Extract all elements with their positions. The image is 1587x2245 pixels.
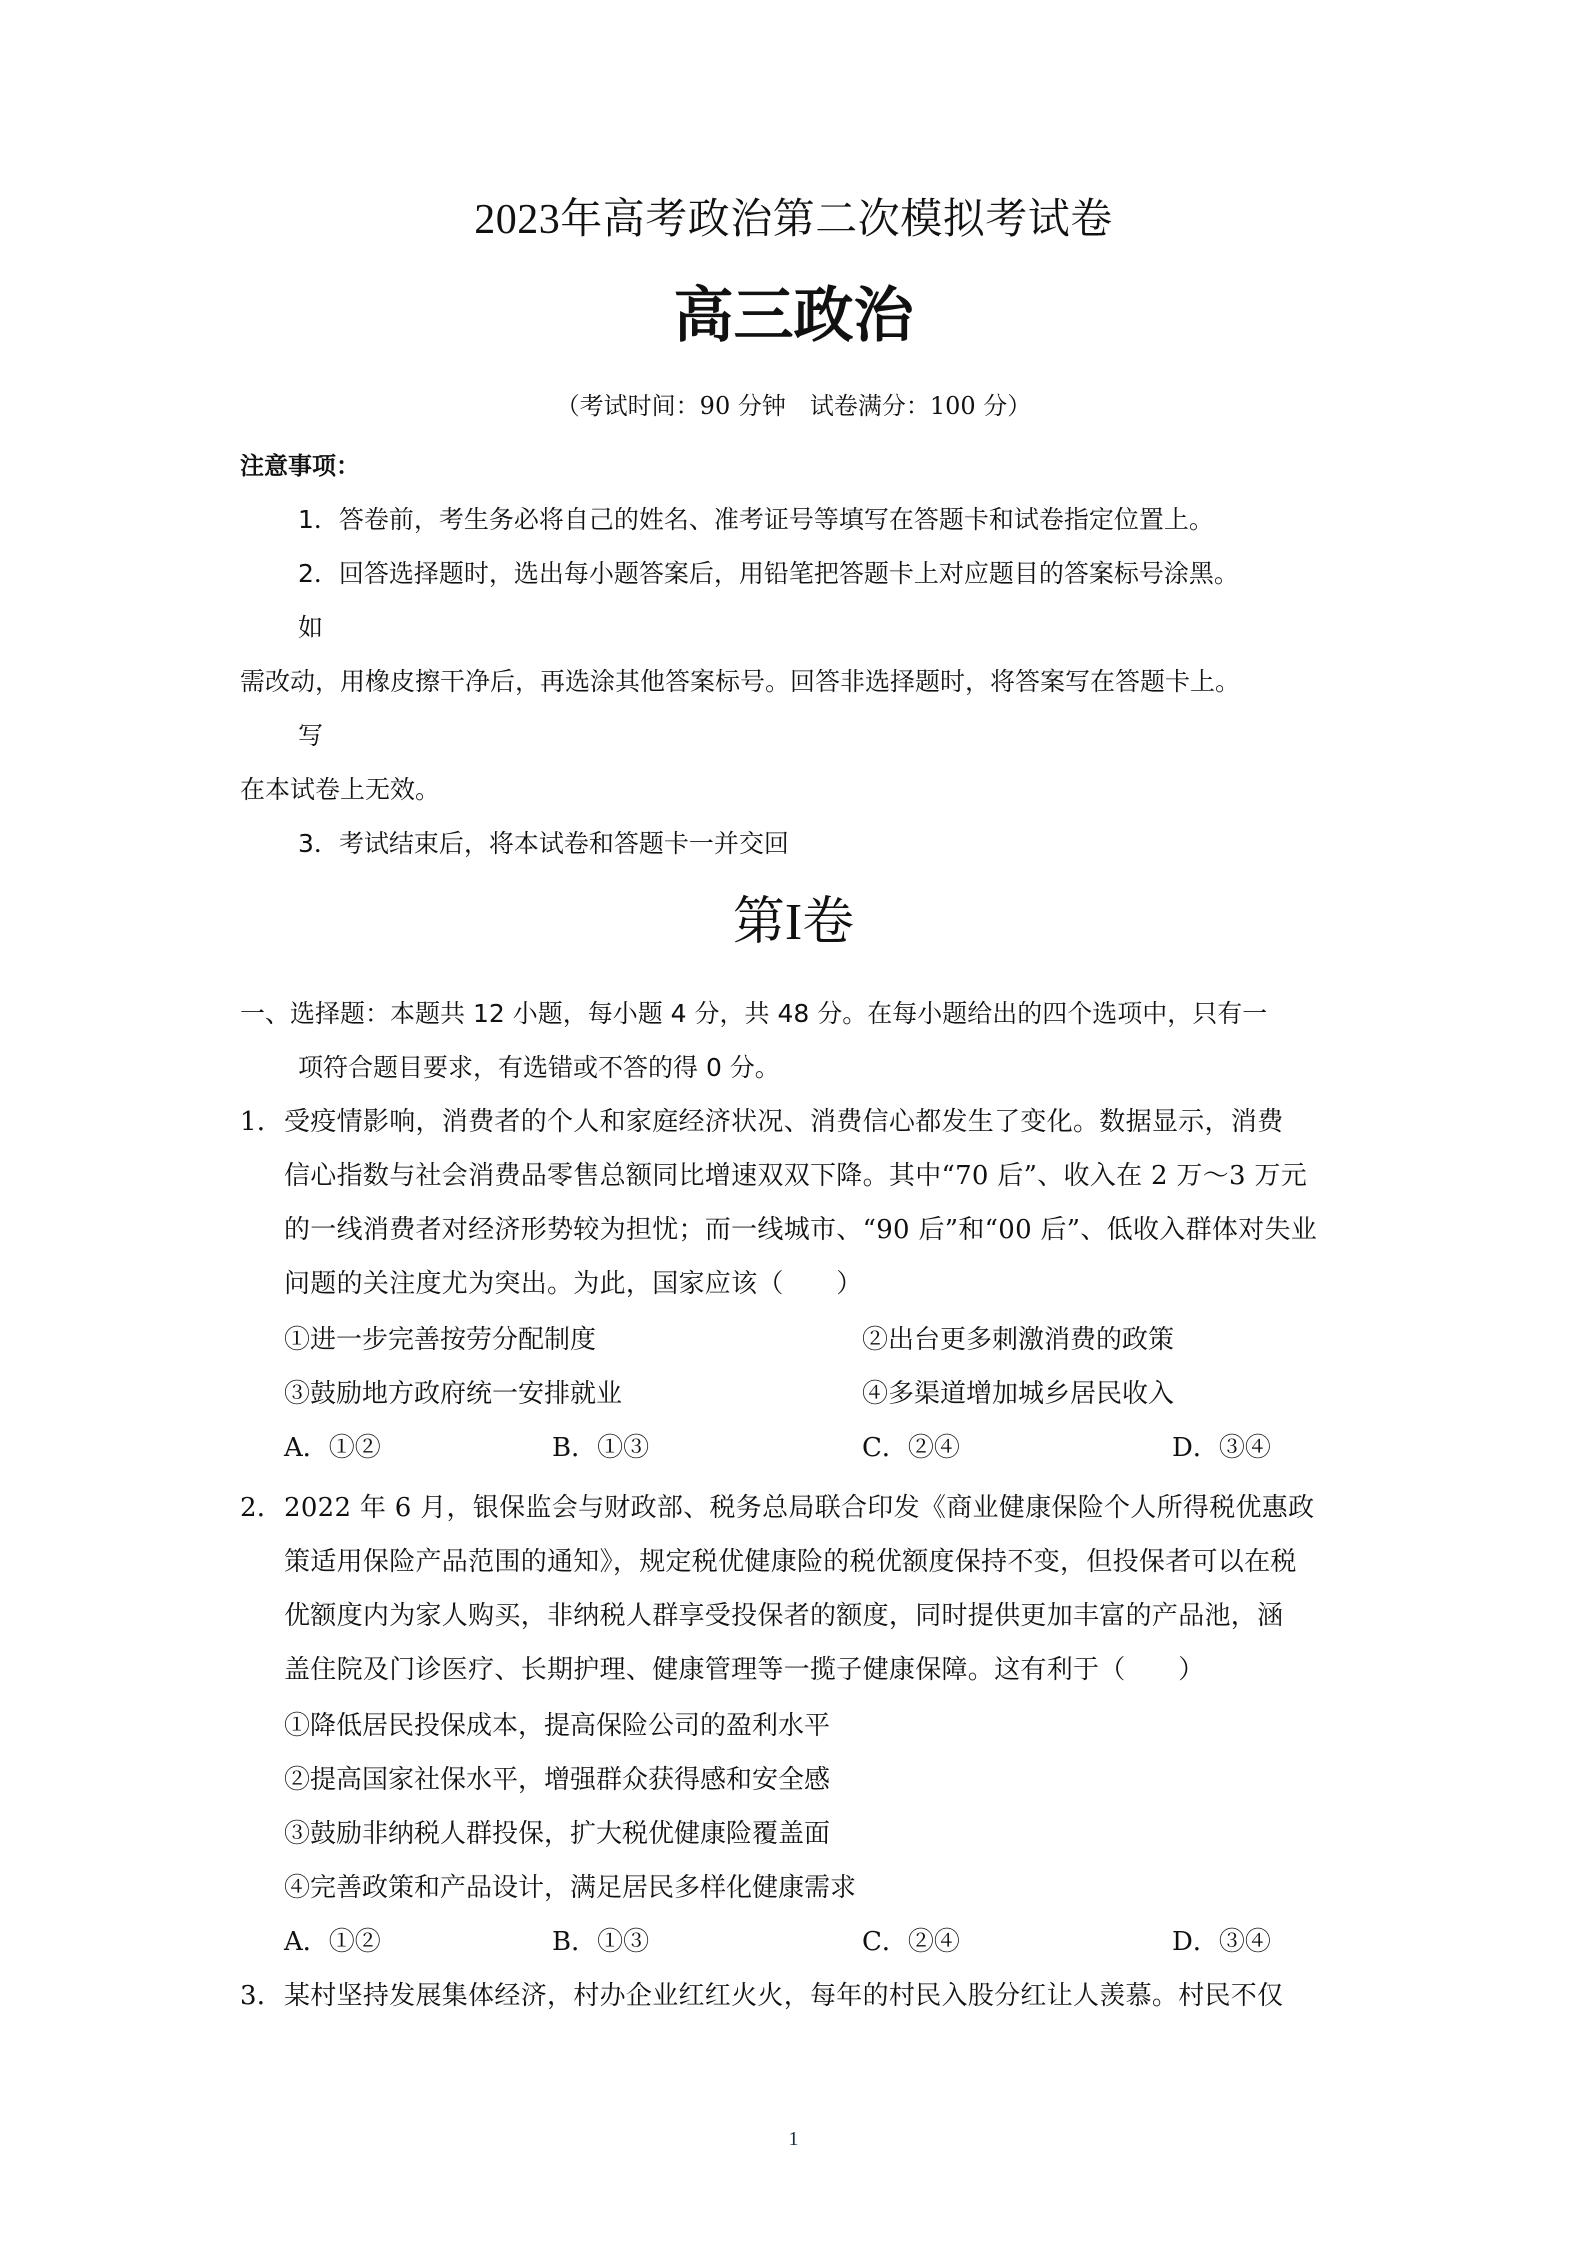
notice-item-3: 3．考试结束后，将本试卷和答题卡一并交回 [298, 826, 789, 862]
subject-title: 高三政治 [0, 280, 1587, 352]
notice-item-2-cont: 需改动，用橡皮擦干净后，再选涂其他答案标号。回答非选择题时，将答案写在答题卡上。 [240, 664, 1240, 700]
exam-info: （考试时间：90 分钟 试卷满分：100 分） [0, 388, 1587, 424]
choice-c[interactable]: C．②④ [862, 1430, 960, 1466]
question-text-line: 某村坚持发展集体经济，村办企业红红火火，每年的村民入股分红让人羡慕。村民不仅 [284, 1978, 1283, 2014]
notice-heading: 注意事项： [240, 448, 360, 484]
statement-1: ①降低居民投保成本，提高保险公司的盈利水平 [284, 1708, 830, 1744]
question-number: 2． [240, 1490, 283, 1526]
statement-2: ②出台更多刺激消费的政策 [862, 1322, 1174, 1358]
question-text-line: 2022 年 6 月，银保监会与财政部、税务总局联合印发《商业健康保险个人所得税… [284, 1490, 1314, 1526]
notice-item-2-end: 在本试卷上无效。 [240, 772, 440, 808]
exam-title: 2023年高考政治第二次模拟考试卷 [0, 192, 1587, 248]
page-number: 1 [0, 2125, 1587, 2153]
section-instructions-line-2: 项符合题目要求，有选错或不答的得 0 分。 [298, 1050, 780, 1086]
question-text-line: 受疫情影响，消费者的个人和家庭经济状况、消费信心都发生了变化。数据显示，消费 [284, 1104, 1283, 1140]
question-text-line: 信心指数与社会消费品零售总额同比增速双双下降。其中“70 后”、收入在 2 万～… [284, 1158, 1307, 1194]
question-number: 3． [240, 1978, 283, 2014]
statement-2: ②提高国家社保水平，增强群众获得感和安全感 [284, 1762, 830, 1798]
question-text-line: 问题的关注度尤为突出。为此，国家应该（ ） [284, 1266, 863, 1302]
statement-1: ①进一步完善按劳分配制度 [284, 1322, 596, 1358]
choice-b[interactable]: B．①③ [552, 1430, 649, 1466]
section-instructions-line-1: 一、选择题：本题共 12 小题，每小题 4 分，共 48 分。在每小题给出的四个… [240, 996, 1267, 1032]
notice-item-2: 2．回答选择题时，选出每小题答案后，用铅笔把答题卡上对应题目的答案标号涂黑。 [298, 556, 1239, 592]
statement-4: ④完善政策和产品设计，满足居民多样化健康需求 [284, 1870, 856, 1906]
choice-c[interactable]: C．②④ [862, 1924, 960, 1960]
statement-3: ③鼓励地方政府统一安排就业 [284, 1376, 622, 1412]
notice-item-1: 1．答卷前，考生务必将自己的姓名、准考证号等填写在答题卡和试卷指定位置上。 [298, 502, 1214, 538]
statement-4: ④多渠道增加城乡居民收入 [862, 1376, 1174, 1412]
notice-item-2-wrap-b: 写 [298, 718, 323, 754]
notice-item-2-wrap-a: 如 [298, 610, 323, 646]
question-number: 1． [240, 1104, 283, 1140]
choice-d[interactable]: D．③④ [1172, 1924, 1271, 1960]
statement-3: ③鼓励非纳税人群投保，扩大税优健康险覆盖面 [284, 1816, 830, 1852]
choice-b[interactable]: B．①③ [552, 1924, 649, 1960]
choice-a[interactable]: A．①② [284, 1924, 381, 1960]
question-text-line: 的一线消费者对经济形势较为担忧；而一线城市、“90 后”和“00 后”、低收入群… [284, 1212, 1317, 1248]
choice-d[interactable]: D．③④ [1172, 1430, 1271, 1466]
question-text-line: 优额度内为家人购买，非纳税人群享受投保者的额度，同时提供更加丰富的产品池，涵 [284, 1598, 1283, 1634]
question-text-line: 策适用保险产品范围的通知》，规定税优健康险的税优额度保持不变，但投保者可以在税 [284, 1544, 1297, 1580]
part-title: 第I卷 [0, 890, 1587, 956]
choice-a[interactable]: A．①② [284, 1430, 381, 1466]
question-text-line: 盖住院及门诊医疗、长期护理、健康管理等一揽子健康保障。这有利于（ ） [284, 1652, 1205, 1688]
exam-page: 2023年高考政治第二次模拟考试卷 高三政治 （考试时间：90 分钟 试卷满分：… [0, 0, 1587, 2245]
